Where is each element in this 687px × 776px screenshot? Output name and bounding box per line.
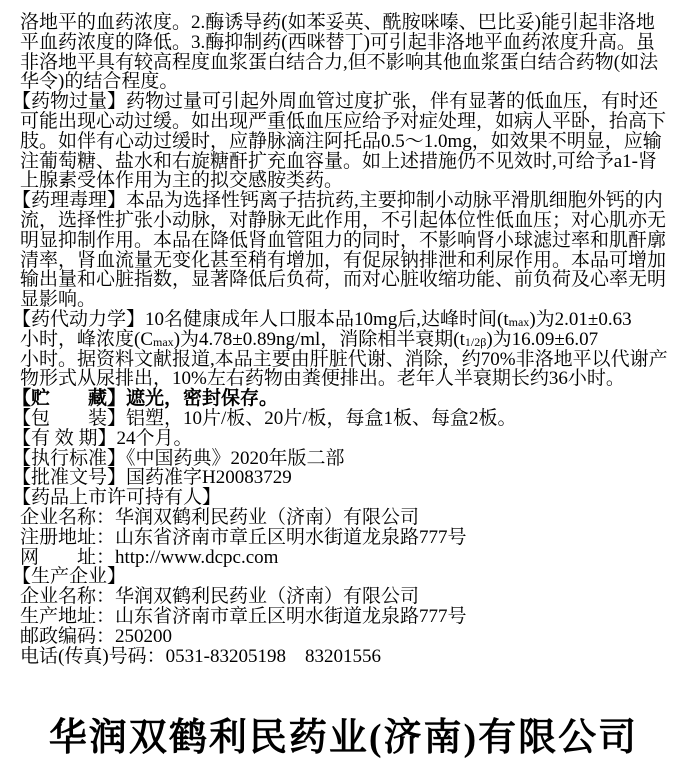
text-line: 【批准文号】国药准字H20083729 xyxy=(12,468,681,488)
text-segment: )为16.09±6.07 xyxy=(486,329,598,350)
text-segment: 【贮 藏】遮光，密封保存。 xyxy=(12,388,278,409)
text-segment: 网 址：http://www.dcpc.com xyxy=(20,547,278,568)
text-line: 小时，峰浓度(Cmax)为4.78±0.89ng/ml，消除相半衰期(t1/2β… xyxy=(12,330,681,350)
text-line: 物形式从尿排出，10%左右药物由粪便排出。老年人半衰期长约36小时。 xyxy=(12,369,681,389)
text-line: 【药代动力学】10名健康成年人口服本品10mg后,达峰时间(tmax)为2.01… xyxy=(12,310,681,330)
text-line: 输出量和心脏指数，显著降低后负荷，而对心脏收缩功能、前负荷及心率无明 xyxy=(12,270,681,290)
manufacturer-name: 华润双鹤利民药业(济南)有限公司 xyxy=(0,706,687,761)
text-segment: 企业名称：华润双鹤利民药业（济南）有限公司 xyxy=(20,507,419,528)
text-line: 流，选择性扩张小动脉，对静脉无此作用，不引起体位性低血压；对心肌亦无 xyxy=(12,211,681,231)
text-line: 【执行标准】《中国药典》2020年版二部 xyxy=(12,449,681,469)
text-segment: 非洛地平具有较高程度血浆蛋白结合力,但不影响其他血浆蛋白结合药物(如法 xyxy=(20,52,658,73)
text-segment: 注册地址：山东省济南市章丘区明水街道龙泉路777号 xyxy=(20,527,467,548)
text-line: 注册地址：山东省济南市章丘区明水街道龙泉路777号 xyxy=(12,528,681,548)
text-line: 清率，肾血流量无变化甚至稍有增加，有促尿钠排泄和利尿作用。本品可增加 xyxy=(12,251,681,271)
text-segment: 平血药浓度的降低。3.酶抑制药(西咪替丁)可引起非洛地平血药浓度升高。虽 xyxy=(20,32,655,53)
text-segment: 上腺素受体作用为主的拟交感胺类药。 xyxy=(20,170,343,191)
text-segment: 【药物过量】药物过量可引起外周血管过度扩张，伴有显著的低血压，有时还 xyxy=(12,91,658,112)
text-segment: 【有 效 期】24个月。 xyxy=(12,428,193,449)
text-segment: 小时，峰浓度(C xyxy=(20,329,153,350)
text-line: 【贮 藏】遮光，密封保存。 xyxy=(12,389,681,409)
text-line: 网 址：http://www.dcpc.com xyxy=(12,548,681,568)
subscript-text: 1/2β xyxy=(465,335,486,349)
text-line: 上腺素受体作用为主的拟交感胺类药。 xyxy=(12,171,681,191)
text-line: 注葡萄糖、盐水和右旋糖酐扩充血容量。如上述措施仍不见效时,可给予a1-肾 xyxy=(12,152,681,172)
text-line: 电话(传真)号码：0531-83205198 83201556 xyxy=(12,647,681,667)
text-segment: 【药品上市许可持有人】 xyxy=(12,487,221,508)
subscript-text: max xyxy=(153,335,174,349)
text-segment: 生产地址：山东省济南市章丘区明水街道龙泉路777号 xyxy=(20,606,467,627)
text-segment: 【药理毒理】本品为选择性钙离子拮抗药,主要抑制小动脉平滑肌细胞外钙的内 xyxy=(12,190,663,211)
drug-package-insert-page: 洛地平的血药浓度。2.酶诱导药(如苯妥英、酰胺咪嗪、巴比妥)能引起非洛地平血药浓… xyxy=(0,0,687,776)
text-segment: 注葡萄糖、盐水和右旋糖酐扩充血容量。如上述措施仍不见效时,可给予a1-肾 xyxy=(20,151,657,172)
text-segment: 洛地平的血药浓度。2.酶诱导药(如苯妥英、酰胺咪嗪、巴比妥)能引起非洛地 xyxy=(20,12,655,33)
text-segment: 电话(传真)号码：0531-83205198 83201556 xyxy=(20,646,381,667)
text-line: 显影响。 xyxy=(12,290,681,310)
text-segment: 【生产企业】 xyxy=(12,566,126,587)
text-segment: 企业名称：华润双鹤利民药业（济南）有限公司 xyxy=(20,586,419,607)
text-line: 肢。如伴有心动过缓时，应静脉滴注阿托品0.5～1.0mg，如效果不明显，应输 xyxy=(12,132,681,152)
text-line: 华令)的结合程度。 xyxy=(12,72,681,92)
subscript-text: max xyxy=(509,315,530,329)
text-segment: 可能出现心动过缓。如出现严重低血压应给予对症处理，如病人平卧，抬高下 xyxy=(20,111,666,132)
text-segment: 物形式从尿排出，10%左右药物由粪便排出。老年人半衰期长约36小时。 xyxy=(20,368,625,389)
text-segment: 【包 装】铝塑，10片/板、20片/板，每盒1板、每盒2板。 xyxy=(12,408,517,429)
text-segment: 【药代动力学】10名健康成年人口服本品10mg后,达峰时间(t xyxy=(12,309,509,330)
text-segment: 明显抑制作用。本品在降低肾血管阻力的同时，不影响肾小球滤过率和肌酐廓 xyxy=(20,230,666,251)
text-segment: 邮政编码：250200 xyxy=(20,626,172,647)
text-segment: )为4.78±0.89ng/ml，消除相半衰期(t xyxy=(174,329,465,350)
text-segment: 显影响。 xyxy=(20,289,96,310)
text-line: 非洛地平具有较高程度血浆蛋白结合力,但不影响其他血浆蛋白结合药物(如法 xyxy=(12,53,681,73)
text-segment: 肢。如伴有心动过缓时，应静脉滴注阿托品0.5～1.0mg，如效果不明显，应输 xyxy=(20,131,662,152)
text-segment: 输出量和心脏指数，显著降低后负荷，而对心脏收缩功能、前负荷及心率无明 xyxy=(20,269,666,290)
text-line: 【有 效 期】24个月。 xyxy=(12,429,681,449)
text-line: 企业名称：华润双鹤利民药业（济南）有限公司 xyxy=(12,508,681,528)
text-line: 小时。据资料文献报道,本品主要由肝脏代谢、消除，约70%非洛地平以代谢产 xyxy=(12,350,681,370)
text-line: 平血药浓度的降低。3.酶抑制药(西咪替丁)可引起非洛地平血药浓度升高。虽 xyxy=(12,33,681,53)
text-segment: 流，选择性扩张小动脉，对静脉无此作用，不引起体位性低血压；对心肌亦无 xyxy=(20,210,666,231)
text-line: 可能出现心动过缓。如出现严重低血压应给予对症处理，如病人平卧，抬高下 xyxy=(12,112,681,132)
text-line: 邮政编码：250200 xyxy=(12,627,681,647)
text-line: 【药物过量】药物过量可引起外周血管过度扩张，伴有显著的低血压，有时还 xyxy=(12,92,681,112)
text-segment: 清率，肾血流量无变化甚至稍有增加，有促尿钠排泄和利尿作用。本品可增加 xyxy=(20,250,666,271)
text-segment: )为2.01±0.63 xyxy=(529,309,631,330)
text-line: 【包 装】铝塑，10片/板、20片/板，每盒1板、每盒2板。 xyxy=(12,409,681,429)
text-line: 【药理毒理】本品为选择性钙离子拮抗药,主要抑制小动脉平滑肌细胞外钙的内 xyxy=(12,191,681,211)
text-line: 明显抑制作用。本品在降低肾血管阻力的同时，不影响肾小球滤过率和肌酐廓 xyxy=(12,231,681,251)
text-line: 洛地平的血药浓度。2.酶诱导药(如苯妥英、酰胺咪嗪、巴比妥)能引起非洛地 xyxy=(12,13,681,33)
text-segment: 小时。据资料文献报道,本品主要由肝脏代谢、消除，约70%非洛地平以代谢产 xyxy=(20,349,668,370)
text-line: 生产地址：山东省济南市章丘区明水街道龙泉路777号 xyxy=(12,607,681,627)
text-line: 企业名称：华润双鹤利民药业（济南）有限公司 xyxy=(12,587,681,607)
text-segment: 华令)的结合程度。 xyxy=(20,71,178,92)
text-segment: 【执行标准】《中国药典》2020年版二部 xyxy=(12,448,345,469)
text-line: 【药品上市许可持有人】 xyxy=(12,488,681,508)
text-line: 【生产企业】 xyxy=(12,567,681,587)
insert-text-block: 洛地平的血药浓度。2.酶诱导药(如苯妥英、酰胺咪嗪、巴比妥)能引起非洛地平血药浓… xyxy=(0,0,687,666)
text-segment: 【批准文号】国药准字H20083729 xyxy=(12,467,292,488)
